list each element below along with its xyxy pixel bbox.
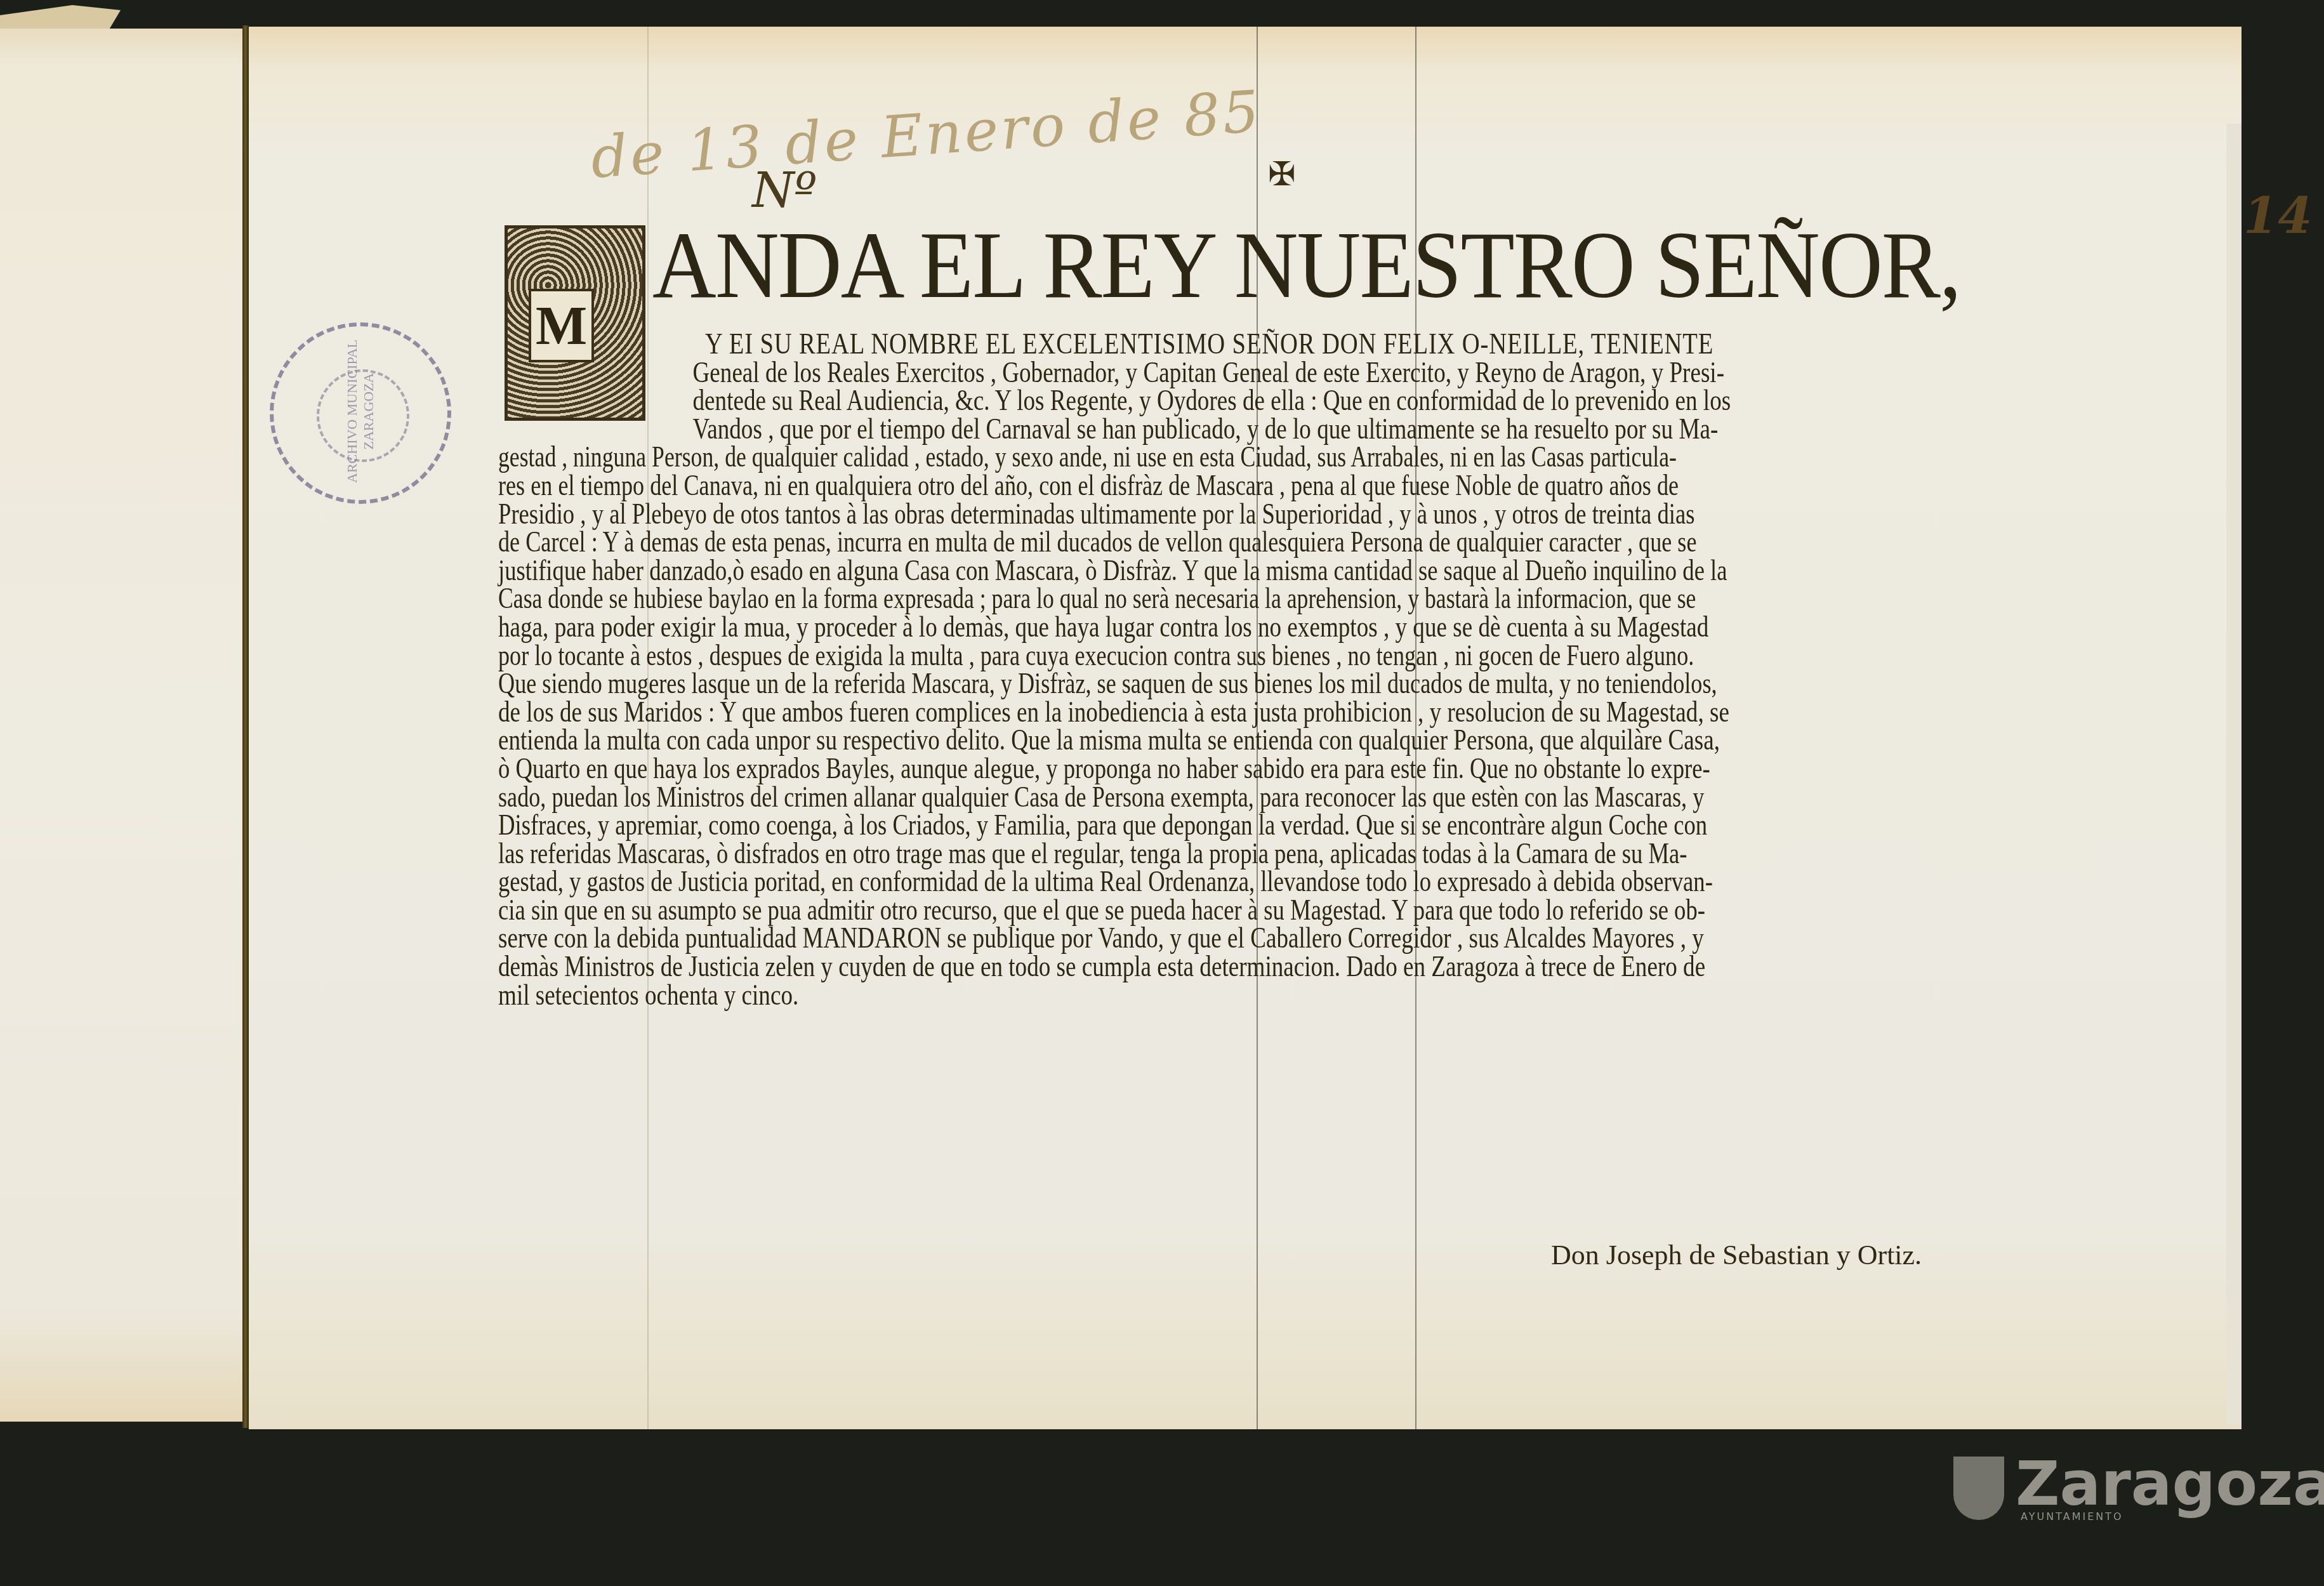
- body-line: Y EI SU REAL NOMBRE EL EXCELENTISIMO SEÑ…: [498, 330, 1831, 359]
- document-body: Y EI SU REAL NOMBRE EL EXCELENTISIMO SEÑ…: [498, 330, 2085, 1009]
- body-line: por lo tocante à estos , despues de exig…: [498, 642, 1720, 670]
- watermark-name: Zaragoza: [2016, 1453, 2324, 1514]
- body-line: demàs Ministros de Justicia zelen y cuyd…: [498, 953, 1752, 981]
- body-line: dentede su Real Audiencia, &c. Y los Reg…: [498, 387, 1752, 415]
- torn-paper-corner: [0, 5, 121, 30]
- body-line: gestad, y gastos de Justicia poritad, en…: [498, 868, 1736, 896]
- body-line: Casa donde se hubiese baylao en la forma…: [498, 585, 1704, 613]
- body-line: entienda la multa con cada unpor su resp…: [498, 726, 1752, 755]
- body-line: mil setecientos ochenta y cinco.: [498, 981, 1752, 1010]
- body-line: de los de sus Maridos : Y que ambos fuer…: [498, 698, 1752, 727]
- stamp-label: ARCHIVO MUNICIPAL ZARAGOZA: [344, 324, 377, 498]
- body-line: sado, puedan los Ministros del crimen al…: [498, 783, 1720, 812]
- cross-ornament-icon: ✠: [1268, 155, 1296, 194]
- body-line: justifique haber danzado,ò esado en algu…: [498, 557, 1736, 585]
- watermark-text: Zaragoza AYUNTAMIENTO: [2016, 1453, 2324, 1523]
- body-line: haga, para poder exigir la mua, y proced…: [498, 613, 1752, 642]
- body-line: las referidas Mascaras, ò disfrados en o…: [498, 840, 1736, 868]
- body-line: de Carcel : Y à demas de esta penas, inc…: [498, 528, 1720, 557]
- body-line: serve con la debida puntualidad MANDARON…: [498, 924, 1752, 953]
- signature: Don Joseph de Sebastian y Ortiz.: [1551, 1239, 1922, 1271]
- body-line: ò Quarto en que haya los exprados Bayles…: [498, 755, 1736, 783]
- body-line: res en el tiempo del Canava, ni en qualq…: [498, 472, 1720, 500]
- body-line: Geneal de los Reales Exercitos , Goberna…: [498, 359, 1752, 387]
- body-line: Disfraces, y apremiar, como coenga, à lo…: [498, 811, 1736, 840]
- city-shield-icon: [1953, 1457, 2004, 1520]
- fold-edge: [242, 25, 249, 1428]
- handwritten-number-annotation: Nº: [752, 162, 817, 218]
- document-heading: ANDA EL REY NUESTRO SEÑOR,: [652, 215, 1986, 316]
- body-line: cia sin que en su asumpto se pua admitir…: [498, 896, 1736, 925]
- body-line: gestad , ninguna Person, de qualquier ca…: [498, 443, 1704, 472]
- body-line: Vandos , que por el tiempo del Carnaval …: [498, 415, 1752, 444]
- right-margin-strip: [2226, 124, 2241, 1425]
- zaragoza-watermark: Zaragoza AYUNTAMIENTO: [1953, 1453, 2324, 1523]
- left-folded-sheet: [0, 29, 246, 1422]
- page-number: 14: [2243, 187, 2313, 245]
- body-line: Presidio , y al Plebeyo de otos tantos à…: [498, 500, 1736, 529]
- archive-stamp: ARCHIVO MUNICIPAL ZARAGOZA: [270, 322, 451, 504]
- body-line: Que siendo mugeres lasque un de la refer…: [498, 670, 1720, 698]
